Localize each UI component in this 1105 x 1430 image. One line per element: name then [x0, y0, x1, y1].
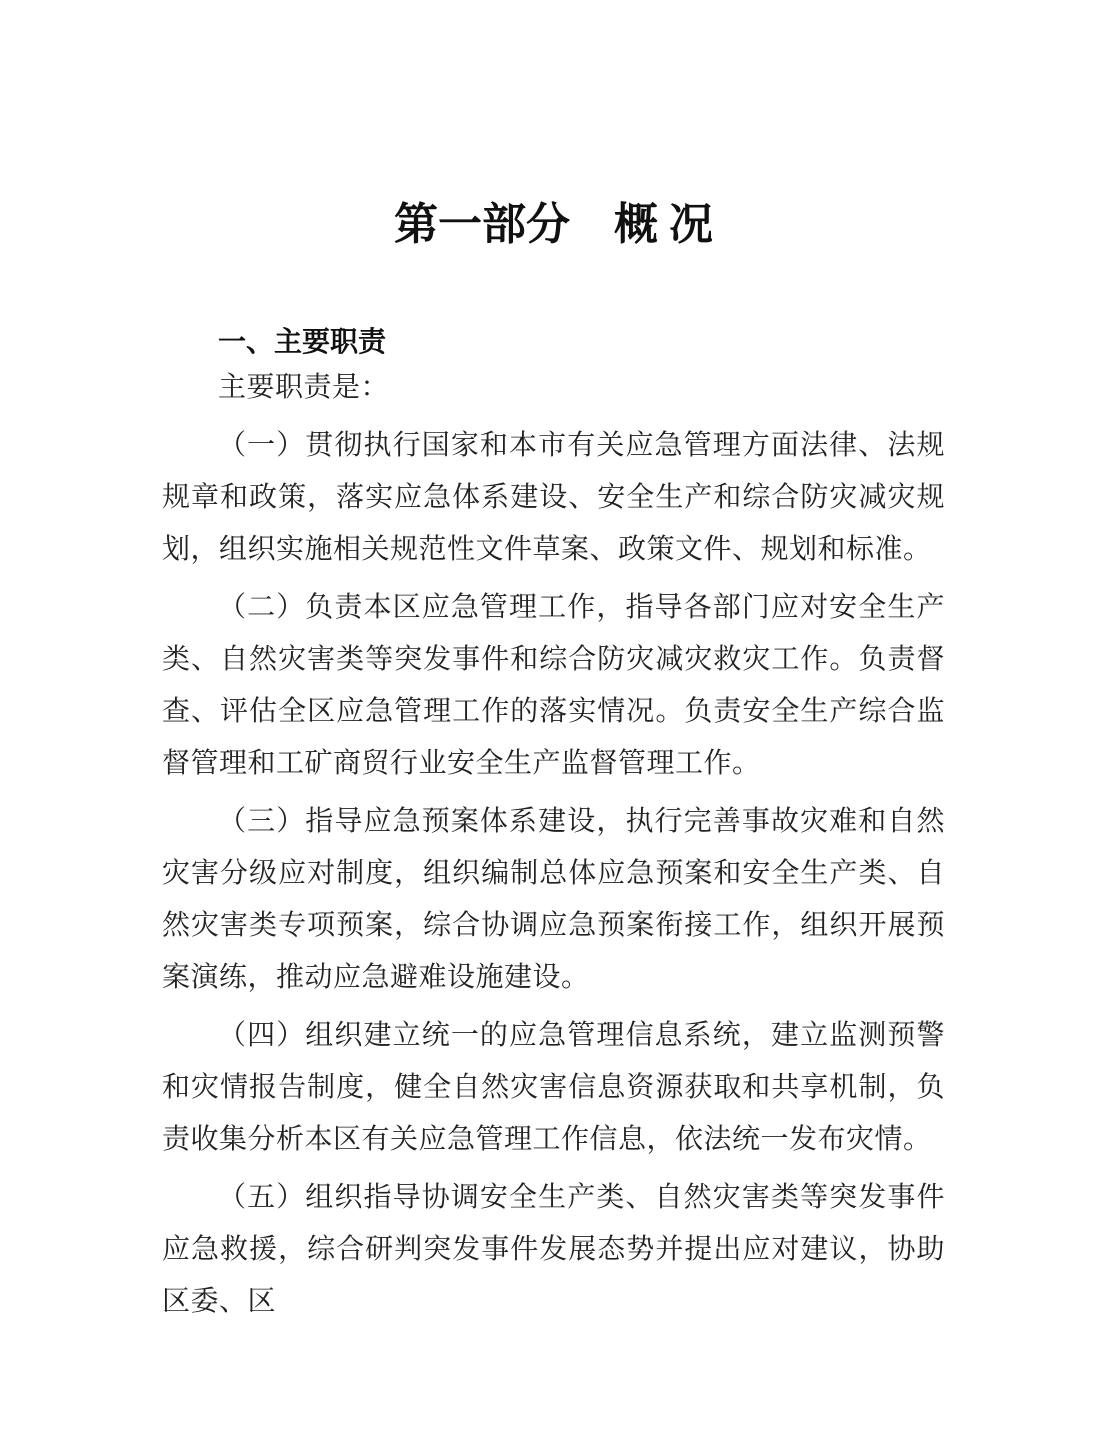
paragraph-responsibility-5: （五）组织指导协调安全生产类、自然灾害类等突发事件应急救援，综合研判突发事件发展…: [162, 1172, 945, 1328]
document-title: 第一部分 概 况: [162, 200, 945, 250]
paragraph-responsibility-4: （四）组织建立统一的应急管理信息系统，建立监测预警和灾情报告制度，健全自然灾害信…: [162, 1010, 945, 1166]
paragraph-responsibility-1: （一）贯彻执行国家和本市有关应急管理方面法律、法规规章和政策，落实应急体系建设、…: [162, 420, 945, 576]
paragraph-responsibility-2: （二）负责本区应急管理工作，指导各部门应对安全生产类、自然灾害类等突发事件和综合…: [162, 582, 945, 790]
intro-line: 主要职责是：: [162, 362, 945, 414]
document-content: 第一部分 概 况 一、主要职责 主要职责是： （一）贯彻执行国家和本市有关应急管…: [0, 0, 1105, 1328]
paragraph-responsibility-3: （三）指导应急预案体系建设，执行完善事故灾难和自然灾害分级应对制度，组织编制总体…: [162, 796, 945, 1004]
document-page: 第一部分 概 况 一、主要职责 主要职责是： （一）贯彻执行国家和本市有关应急管…: [0, 0, 1105, 1430]
section-heading: 一、主要职责: [162, 322, 945, 362]
